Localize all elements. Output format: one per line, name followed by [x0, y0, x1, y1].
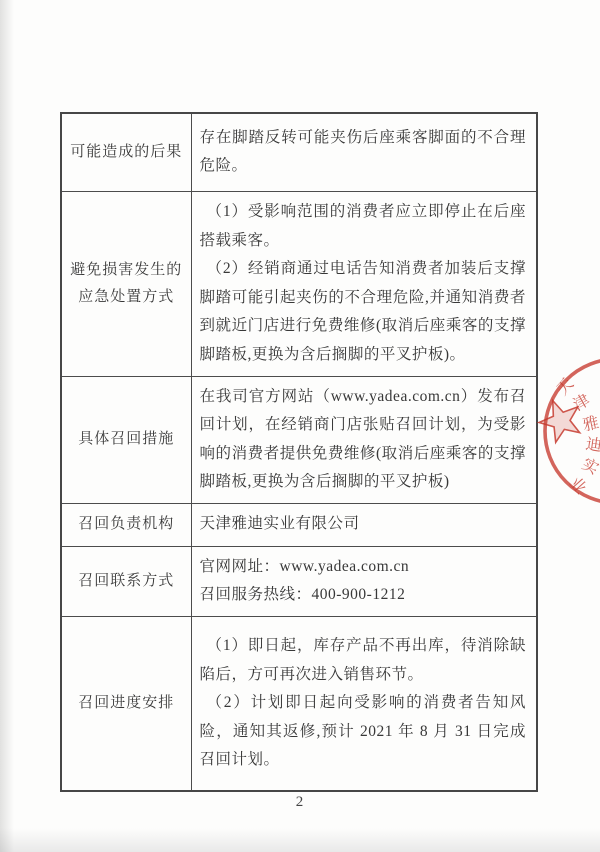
table-row-consequences: 可能造成的后果 存在脚踏反转可能夹伤后座乘客脚面的不合理危险。	[61, 113, 537, 191]
row-content: 存在脚踏反转可能夹伤后座乘客脚面的不合理危险。	[191, 113, 537, 191]
recall-info-table: 可能造成的后果 存在脚踏反转可能夹伤后座乘客脚面的不合理危险。 避免损害发生的应…	[60, 112, 538, 792]
content-paragraph: （1）即日起，库存产品不再出库，待消除缺陷后，方可再次进入销售环节。	[200, 632, 527, 689]
document-page: 可能造成的后果 存在脚踏反转可能夹伤后座乘客脚面的不合理危险。 避免损害发生的应…	[0, 0, 600, 852]
scan-shadow-left	[0, 0, 14, 852]
content-paragraph: （2）经销商通过电话告知消费者加装后支撑脚踏可能引起夹伤的不合理危险,并通知消费…	[200, 255, 527, 369]
row-label: 可能造成的后果	[61, 113, 191, 191]
seal-char: 津	[570, 391, 593, 415]
row-content: 天津雅迪实业有限公司	[191, 503, 537, 546]
content-paragraph: 存在脚踏反转可能夹伤后座乘客脚面的不合理危险。	[200, 124, 527, 181]
star-icon	[533, 393, 587, 446]
scan-shadow-bottom	[0, 828, 600, 852]
seal-circle	[545, 359, 600, 503]
table-row-responsible-org: 召回负责机构 天津雅迪实业有限公司	[61, 503, 537, 546]
content-paragraph: （2）计划即日起向受影响的消费者告知风险，通知其返修,预计 2021 年 8 月…	[200, 689, 527, 775]
seal-char: 业	[566, 474, 590, 498]
content-paragraph: 官网网址：www.yadea.com.cn	[200, 553, 527, 582]
row-label: 召回进度安排	[61, 616, 191, 791]
seal-char: 迪	[585, 435, 600, 455]
company-seal-stamp: 天 津 雅 迪 实 业	[535, 348, 600, 518]
row-label: 召回负责机构	[61, 503, 191, 546]
table-row-emergency-measures: 避免损害发生的应急处置方式 （1）受影响范围的消费者应立即停止在后座搭载乘客。 …	[61, 191, 537, 376]
content-paragraph: 在我司官方网站（www.yadea.com.cn）发布召回计划，在经销商门店张贴…	[200, 383, 527, 497]
seal-char: 实	[579, 455, 600, 478]
row-content: 官网网址：www.yadea.com.cn 召回服务热线：400-900-121…	[191, 546, 537, 616]
row-content: 在我司官方网站（www.yadea.com.cn）发布召回计划，在经销商门店张贴…	[191, 376, 537, 503]
row-content: （1）受影响范围的消费者应立即停止在后座搭载乘客。 （2）经销商通过电话告知消费…	[191, 191, 537, 376]
table-row-schedule: 召回进度安排 （1）即日起，库存产品不再出库，待消除缺陷后，方可再次进入销售环节…	[61, 616, 537, 791]
row-label: 具体召回措施	[61, 376, 191, 503]
content-paragraph: 天津雅迪实业有限公司	[200, 510, 527, 539]
content-paragraph: （1）受影响范围的消费者应立即停止在后座搭载乘客。	[200, 198, 527, 255]
content-paragraph: 召回服务热线：400-900-1212	[200, 581, 527, 610]
seal-char: 雅	[581, 414, 600, 435]
row-label: 召回联系方式	[61, 546, 191, 616]
table-row-contact: 召回联系方式 官网网址：www.yadea.com.cn 召回服务热线：400-…	[61, 546, 537, 616]
seal-char: 天	[553, 375, 577, 399]
table-row-recall-measures: 具体召回措施 在我司官方网站（www.yadea.com.cn）发布召回计划，在…	[61, 376, 537, 503]
page-number: 2	[0, 794, 600, 811]
row-label: 避免损害发生的应急处置方式	[61, 191, 191, 376]
row-content: （1）即日起，库存产品不再出库，待消除缺陷后，方可再次进入销售环节。 （2）计划…	[191, 616, 537, 791]
